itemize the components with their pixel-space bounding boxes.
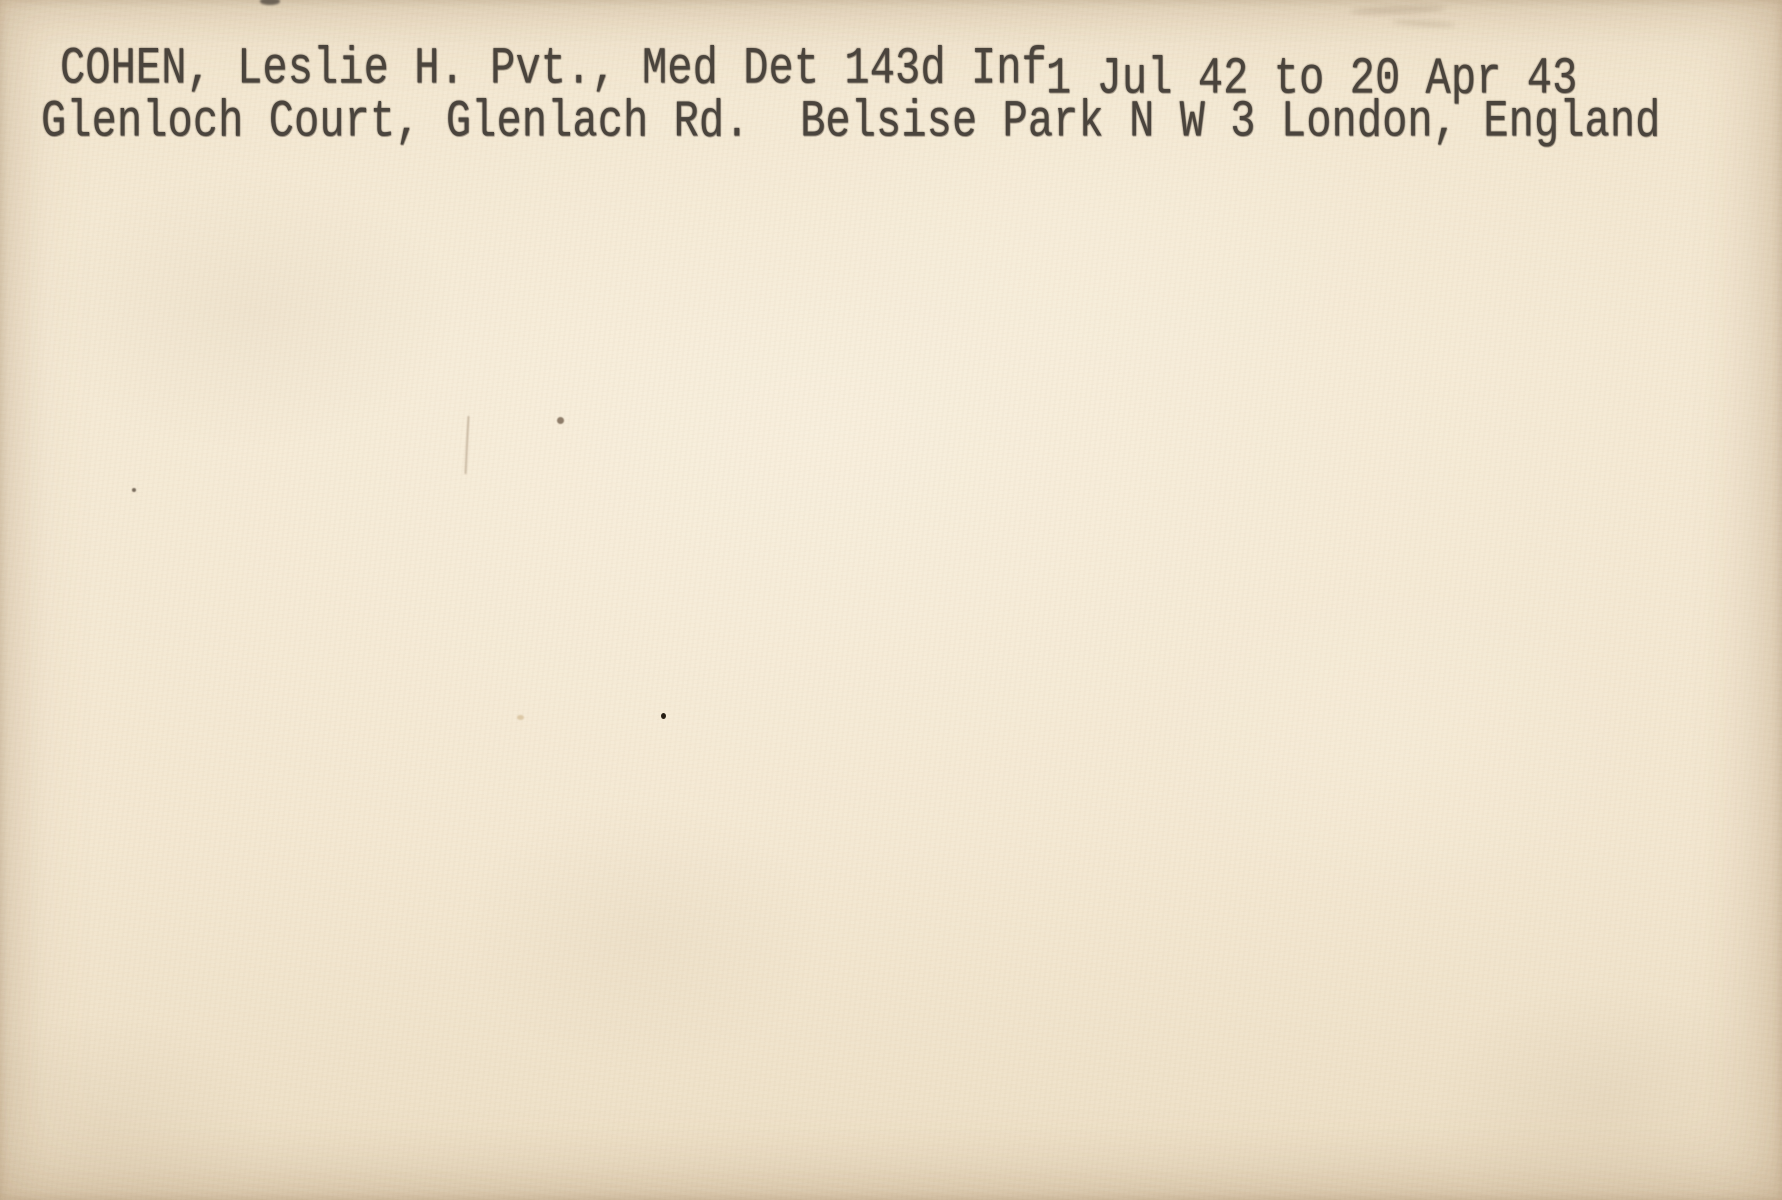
typed-line2-address: Glenloch Court, Glenlach Rd. Belsise Par…: [41, 96, 1660, 148]
faint-smudge: [1392, 18, 1456, 28]
paper-grain-texture: [0, 0, 1782, 1200]
faint-smudge: [1350, 4, 1446, 15]
paper-speck: [132, 488, 136, 492]
top-edge-ink-mark: [260, 0, 280, 5]
paper-speck: [661, 713, 666, 719]
paper-scratch-line: [464, 416, 469, 474]
paper-mottling: [0, 0, 1782, 1200]
typed-line1-name-unit: COHEN, Leslie H. Pvt., Med Det 143d Inf: [60, 43, 1047, 95]
paper-speck: [557, 417, 564, 424]
paper-speck: [517, 715, 524, 720]
index-card-scan: COHEN, Leslie H. Pvt., Med Det 143d Inf …: [0, 0, 1782, 1200]
